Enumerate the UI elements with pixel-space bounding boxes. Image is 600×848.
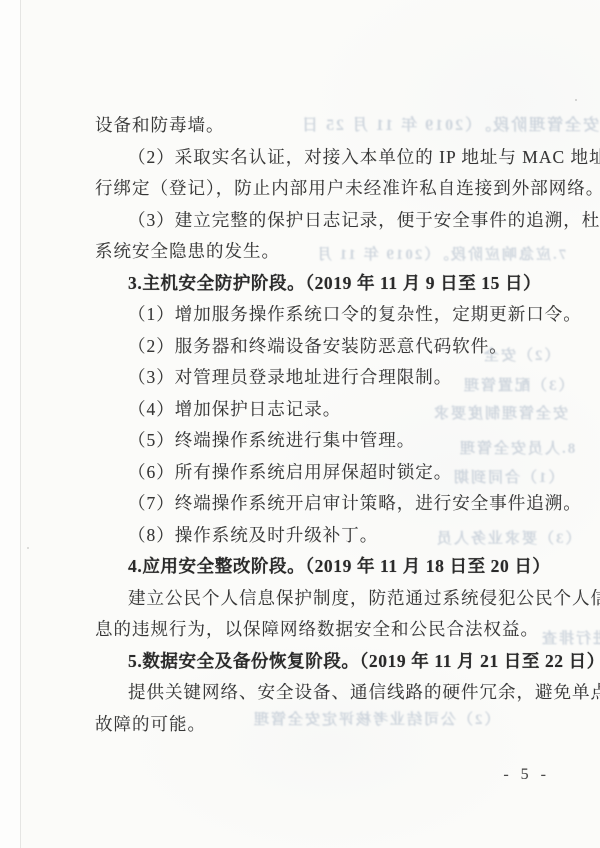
text-line: （4）增加保护日志记录。 <box>95 394 565 426</box>
scan-speck <box>27 547 29 549</box>
text-line: 系统安全隐患的发生。 <box>95 236 565 268</box>
scan-left-edge <box>0 0 21 848</box>
scan-speck <box>575 99 577 101</box>
text-line: （2）服务器和终端设备安装防恶意代码软件。 <box>95 331 565 363</box>
scan-speck <box>181 721 184 724</box>
text-line: （3）对管理员登录地址进行合理限制。 <box>95 362 565 394</box>
text-line: 提供关键网络、安全设备、通信线路的硬件冗余，避免单点 <box>95 677 565 709</box>
scanned-document-page: 6.安全管理阶段。（2019 年 11 月 25 日7.应急响应阶段。（2019… <box>0 0 600 848</box>
text-line: 行绑定（登记），防止内部用户未经准许私自连接到外部网络。 <box>95 173 565 205</box>
text-line: （5）终端操作系统进行集中管理。 <box>95 425 565 457</box>
document-body: 设备和防毒墙。（2）采取实名认证，对接入本单位的 IP 地址与 MAC 地址进行… <box>95 110 565 740</box>
text-line: 故障的可能。 <box>95 709 565 741</box>
section-heading: 4.应用安全整改阶段。（2019 年 11 月 18 日至 20 日） <box>95 551 565 583</box>
text-line: 息的违规行为，以保障网络数据安全和公民合法权益。 <box>95 614 565 646</box>
text-line: （8）操作系统及时升级补丁。 <box>95 520 565 552</box>
text-line: （7）终端操作系统开启审计策略，进行安全事件追溯。 <box>95 488 565 520</box>
text-line: （6）所有操作系统启用屏保超时锁定。 <box>95 457 565 489</box>
text-line: （1）增加服务操作系统口令的复杂性，定期更新口令。 <box>95 299 565 331</box>
text-line: （3）建立完整的保护日志记录，便于安全事件的追溯，杜绝 <box>95 205 565 237</box>
text-line: 设备和防毒墙。 <box>95 110 565 142</box>
section-heading: 3.主机安全防护阶段。（2019 年 11 月 9 日至 15 日） <box>95 268 565 300</box>
text-line: （2）采取实名认证，对接入本单位的 IP 地址与 MAC 地址进 <box>95 142 565 174</box>
text-line: 建立公民个人信息保护制度，防范通过系统侵犯公民个人信 <box>95 583 565 615</box>
section-heading: 5.数据安全及备份恢复阶段。（2019 年 11 月 21 日至 22 日） <box>95 646 565 678</box>
page-number: - 5 - <box>503 766 550 784</box>
